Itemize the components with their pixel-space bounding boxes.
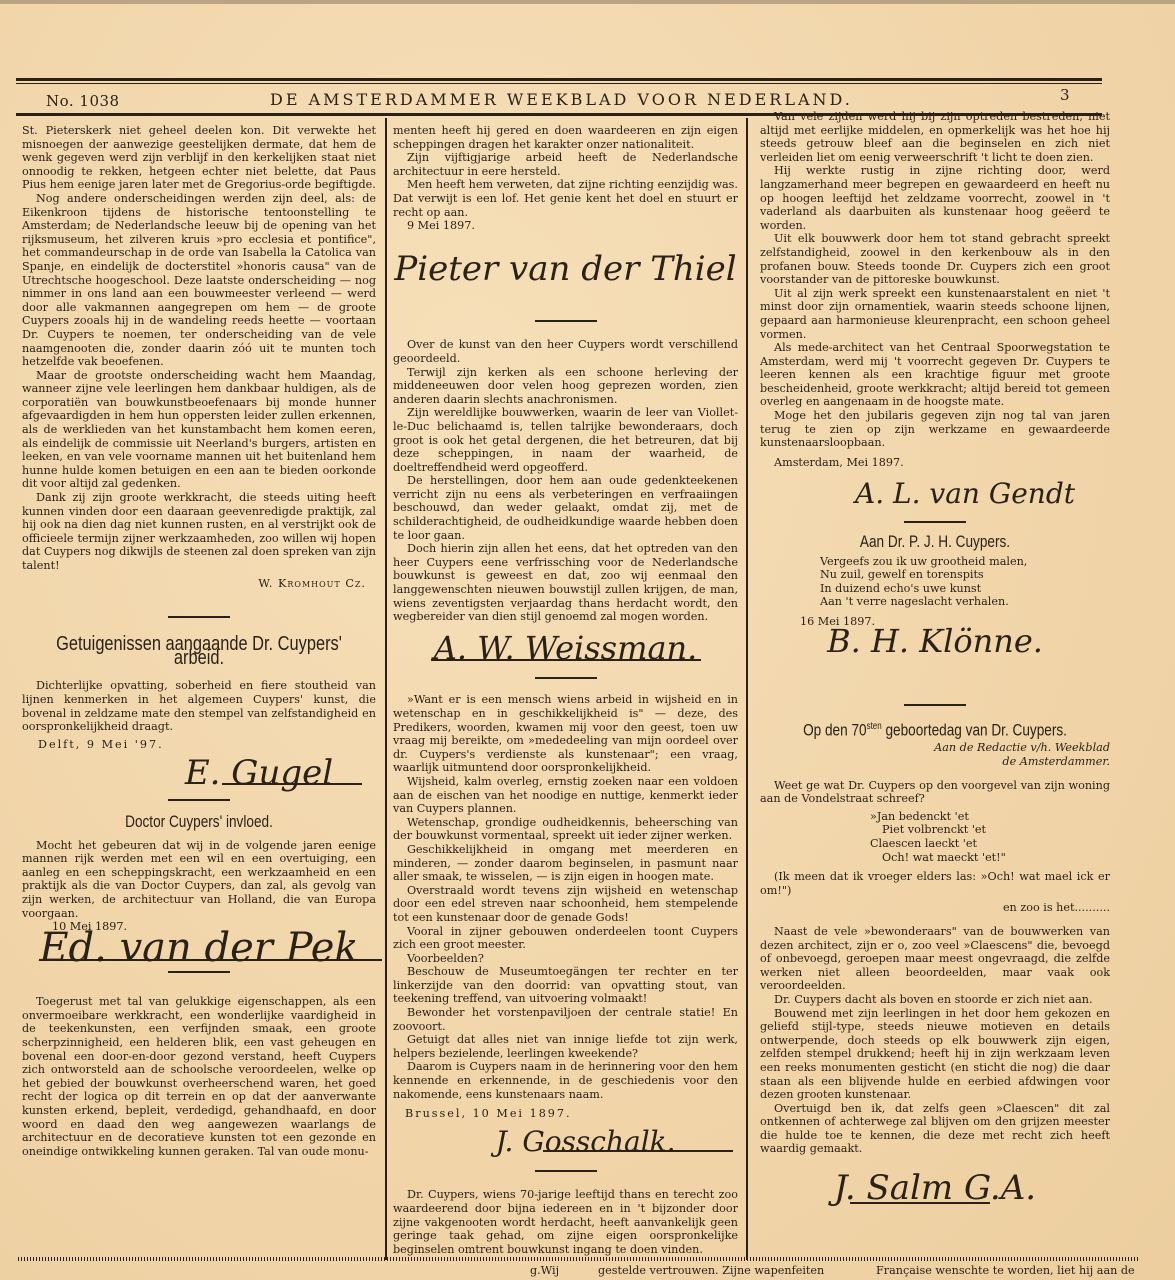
separator-rule — [168, 971, 230, 973]
separator-rule — [904, 521, 966, 523]
paragraph: Zijn vijftigjarige arbeid heeft de Neder… — [393, 151, 738, 178]
paragraph: Hij werkte rustig in zijne richting door… — [760, 164, 1110, 232]
separator-rule — [168, 799, 230, 801]
testimony-text: Dichterlijke opvatting, soberheid en fie… — [22, 679, 376, 733]
paragraph: Dr. Cuypers, wiens 70-jarige leeftijd th… — [393, 1188, 738, 1256]
signature-gugel: E. Gugel — [142, 767, 376, 781]
separator-rule — [168, 616, 230, 618]
paragraph: Overtuigd ben ik, dat zelfs geen »Claesc… — [760, 1102, 1110, 1156]
paragraph: Voorbeelden? — [393, 952, 738, 966]
masthead-top-rule — [16, 78, 1102, 81]
aside-ending: en zoo is het.......... — [760, 901, 1110, 915]
paragraph: Van vele zijden werd hij bij zijn optred… — [760, 110, 1110, 164]
paragraph: Vooral in zijner gebouwen onderdeelen to… — [393, 925, 738, 952]
paragraph: Bewonder het vorstenpaviljoen der centra… — [393, 1006, 738, 1033]
section-heading: Op den 70sten geboortedag van Dr. Cuyper… — [795, 720, 1075, 737]
bottom-fragment-left: g.Wij — [530, 1264, 559, 1277]
section-heading: Doctor Cuypers' invloed. — [57, 815, 340, 829]
heading-text: Op den 70 — [803, 721, 867, 740]
separator-rule — [535, 677, 597, 679]
separator-rule — [535, 320, 597, 322]
paragraph: Zijn wereldlijke bouwwerken, waarin de l… — [393, 406, 738, 474]
paragraph: Uit elk bouwwerk door hem tot stand gebr… — [760, 232, 1110, 286]
paragraph: Geschikkelijkheid in omgang met meerdere… — [393, 843, 738, 884]
paragraph: Daarom is Cuypers naam in de herinnering… — [393, 1060, 738, 1101]
page-number: 3 — [1060, 86, 1070, 104]
signature-van-der-thiel: Pieter van der Thiel — [393, 263, 738, 277]
paragraph: Over de kunst van den heer Cuypers wordt… — [393, 338, 738, 365]
newspaper-page: No. 1038 DE AMSTERDAMMER WEEKBLAD VOOR N… — [0, 0, 1175, 1280]
paragraph: De herstellingen, door hem aan oude gede… — [393, 474, 738, 542]
signature-weissman: A. W. Weissman. — [393, 642, 738, 656]
paragraph: Dr. Cuypers dacht als boven en stoorde e… — [760, 993, 1110, 1007]
heading-superscript: sten — [867, 721, 882, 732]
paragraph: Terwijl zijn kerken als een schoone herl… — [393, 366, 738, 407]
paragraph: Als mede-architect van het Centraal Spoo… — [760, 341, 1110, 409]
column-2: menten heeft hij gered en doen waardeere… — [393, 124, 738, 1256]
paragraph: Doch hierin zijn allen het eens, dat het… — [393, 542, 738, 624]
page-top-edge — [0, 0, 1175, 4]
verse: »Jan bedenckt 'et Piet volbrenckt 'et Cl… — [870, 810, 1110, 864]
byline: W. Kromhout Cz. — [22, 577, 366, 591]
heading-text: geboortedag van Dr. Cuypers. — [882, 721, 1067, 740]
paragraph: Wetenschap, grondige oudheidkennis, behe… — [393, 816, 738, 843]
paragraph: menten heeft hij gered en doen waardeere… — [393, 124, 738, 151]
poem-line: Nu zuil, gewelf en torenspits — [820, 568, 1110, 582]
column-3: Van vele zijden werd hij bij zijn optred… — [760, 110, 1110, 1204]
dateline: Delft, 9 Mei '97. — [38, 738, 376, 752]
paragraph: Naast de vele »bewonderaars" van de bouw… — [760, 925, 1110, 993]
paragraph: St. Pieterskerk niet geheel deelen kon. … — [22, 124, 376, 192]
paragraph: »Want er is een mensch wiens arbeid in w… — [393, 693, 738, 775]
poem-heading: Aan Dr. P. J. H. Cuypers. — [795, 535, 1075, 549]
paragraph: Getuigt dat alles niet van innige liefde… — [393, 1033, 738, 1060]
paragraph: Bouwend met zijn leerlingen in het door … — [760, 1007, 1110, 1102]
separator-rule — [535, 1170, 597, 1172]
bottom-fragment-middle: gestelde vertrouwen. Zijne wapenfeiten — [598, 1264, 824, 1277]
signature-gosschalk: J. Gosschalk. — [433, 1135, 738, 1149]
poem-line: Vergeefs zou ik uw grootheid malen, — [820, 555, 1110, 569]
paragraph: (Ik meen dat ik vroeger elders las: »Och… — [760, 870, 1110, 897]
paragraph: Men heeft hem verweten, dat zijne richti… — [393, 178, 738, 219]
section-heading: Getuigenissen aangaande Dr. Cuypers' arb… — [54, 638, 344, 665]
verse-line: »Jan bedenckt 'et — [870, 810, 1110, 824]
poem-line: In duizend echo's uwe kunst — [820, 582, 1110, 596]
dateline: 9 Mei 1897. — [407, 219, 738, 233]
column-divider-2 — [746, 118, 748, 1260]
column-divider-1 — [385, 118, 387, 1260]
paragraph: Nog andere onderscheidingen werden zijn … — [22, 192, 376, 369]
poem-line: Aan 't verre nageslacht verhalen. — [820, 595, 1110, 609]
signature-salm: J. Salm G.A. — [760, 1182, 1110, 1196]
dateline: Amsterdam, Mei 1897. — [774, 456, 1110, 470]
dateline: Brussel, 10 Mei 1897. — [405, 1107, 738, 1121]
signature-van-der-pek: Ed. van der Pek — [22, 942, 376, 956]
verse-line: Claescen laeckt 'et — [870, 837, 1110, 851]
issue-number: No. 1038 — [46, 92, 120, 110]
paragraph: Moge het den jubilaris gegeven zijn nog … — [760, 409, 1110, 450]
separator-rule — [904, 704, 966, 706]
bottom-fragment-right: Française wenschte te worden, liet hij a… — [876, 1264, 1135, 1277]
testimony-text: Mocht het gebeuren dat wij in de volgend… — [22, 839, 376, 921]
address-line: Aan de Redactie v/h. Weekblad de Amsterd… — [930, 741, 1110, 768]
paragraph: Dank zij zijn groote werkkracht, die ste… — [22, 491, 376, 573]
paragraph: Weet ge wat Dr. Cuypers op den voorgevel… — [760, 779, 1110, 806]
paragraph: Overstraald wordt tevens zijn wijsheid e… — [393, 884, 738, 925]
masthead: No. 1038 DE AMSTERDAMMER WEEKBLAD VOOR N… — [0, 86, 1175, 110]
masthead-top-rule-thin — [16, 83, 1102, 84]
bottom-dotted-rule — [18, 1257, 1138, 1261]
paragraph: Maar de grootste onderscheiding wacht he… — [22, 369, 376, 491]
column-1: St. Pieterskerk niet geheel deelen kon. … — [22, 124, 376, 1158]
paragraph: Beschouw de Museumtoegängen ter rechter … — [393, 965, 738, 1006]
newspaper-title: DE AMSTERDAMMER WEEKBLAD VOOR NEDERLAND. — [270, 90, 853, 109]
paragraph: Wijsheid, kalm overleg, ernstig zoeken n… — [393, 775, 738, 816]
verse-line: Piet volbrenckt 'et — [882, 823, 1110, 837]
paragraph: Uit al zijn werk spreekt een kunstenaars… — [760, 287, 1110, 341]
signature-van-gendt: A. L. van Gendt — [820, 487, 1110, 501]
testimony-text: Toegerust met tal van gelukkige eigensch… — [22, 995, 376, 1158]
signature-klonne: B. H. Klönne. — [760, 635, 1110, 649]
verse-line: Och! wat maeckt 'et!" — [882, 851, 1110, 865]
poem: Vergeefs zou ik uw grootheid malen, Nu z… — [820, 555, 1110, 609]
